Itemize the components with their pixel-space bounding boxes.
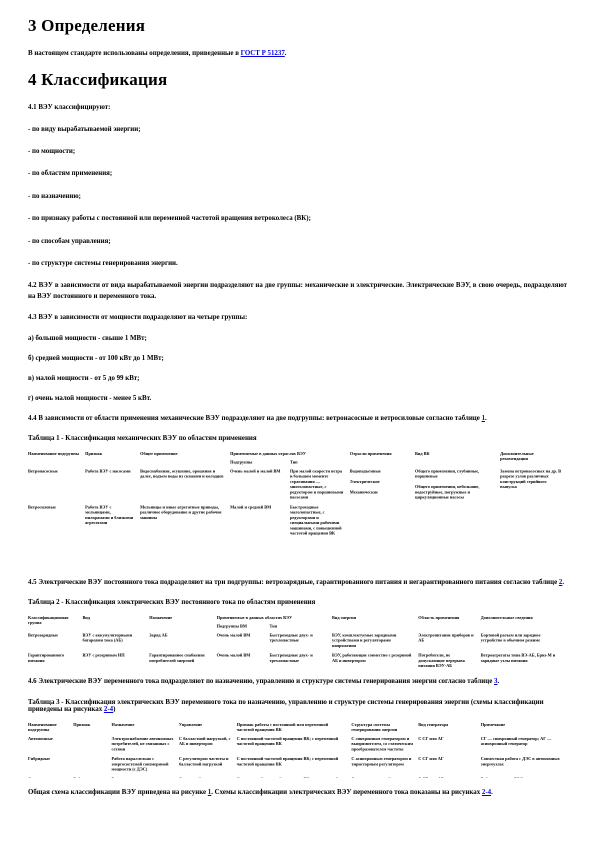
table-cell: ВЭУ с резервным ИП (82, 652, 149, 667)
text-segment: 4.5 Электрические ВЭУ постоянного тока п… (28, 579, 559, 586)
document-page: 3 Определения В настоящем стандарте испо… (0, 0, 595, 842)
table-header-cell: Вид ВК (415, 450, 500, 467)
table-header-cell: Признак работы с постоянной или переменн… (237, 721, 352, 735)
table-1-container: Наименование подгруппыПризнакОбщее приме… (28, 450, 567, 568)
table-cell: Электропитание приборов и АБ (418, 632, 481, 652)
table-cell (73, 755, 111, 775)
power-groups-list: а) большой мощности - свыше 1 МВт;б) сре… (28, 334, 567, 404)
table-cell: С постоянной частотой вращения ВК; с пер… (237, 775, 352, 778)
table-header-cell: Отрасли применения (350, 450, 415, 467)
table-header-cell: Наименование подгруппы (28, 721, 73, 735)
table-cell: Гарантированное снабжение потребителей э… (149, 652, 216, 667)
table-row: ГибридныеРабота параллельно с энергосист… (28, 755, 567, 775)
text-segment: 4.6 Электрические ВЭУ переменного тока п… (28, 678, 494, 685)
table-cell: Работа параллельно с энергосистемой соиз… (112, 755, 179, 775)
table-cell: СГ — синхронный генератор; АГ — асинхрон… (481, 735, 567, 755)
text-segment: Общая схема классификации ВЭУ приведена … (28, 789, 208, 796)
table-2-container: Классификационная группаВидНазначениеПри… (28, 614, 567, 667)
list-item: - по структуре системы генерирования эне… (28, 259, 567, 269)
table-cell: Работа ВЭУ с насосами (85, 468, 140, 504)
table-header-cell: Признак (85, 450, 140, 467)
table-cell: При малой скорости ветра и большом момен… (290, 468, 350, 504)
clause-4-3: 4.3 ВЭУ в зависимости от мощности подраз… (28, 313, 567, 323)
clause-4-4: 4.4 В зависимости от области применения … (28, 414, 567, 424)
table-cell: Быстроходные двух- и трехлопастные (269, 652, 332, 667)
table-header-cell: Назначение (149, 614, 216, 631)
text-segment: . (491, 789, 493, 796)
list-item: - по виду вырабатываемой энергии; (28, 125, 567, 135)
table-cell: Работающие параллельно с мощной сетью эн… (73, 775, 111, 778)
table-cell: ВЭУ, работающие совместно с резервной АБ… (332, 652, 418, 667)
text-segment: . (485, 415, 487, 422)
text-segment: . Схемы классификации электрических ВЭУ … (211, 789, 482, 796)
list-item: в) малой мощности - от 5 до 99 кВт; (28, 374, 567, 384)
table-row: ВетронасосныеРабота ВЭУ с насосамиВодосн… (28, 468, 567, 504)
table-cell: Быстроходные двух- и трехлопастные (269, 632, 332, 652)
table-row: ВетросиловыеРабота ВЭУ с мельницами, пил… (28, 504, 567, 540)
list-item: б) средней мощности - от 100 кВт до 1 МВ… (28, 354, 567, 364)
list-item: - по способам управления; (28, 237, 567, 247)
table-cell: С балластной нагрузкой, с АБ и инверторо… (179, 735, 237, 755)
section-3-intro-paragraph: В настоящем стандарте использованы опред… (28, 49, 567, 59)
table-cell: С асинхронным генератором и тиристорным … (351, 755, 418, 775)
clause-4-2: 4.2 ВЭУ в зависимости от вида вырабатыва… (28, 281, 567, 302)
table-cell: Водоснабжение, осушение, орошение и дале… (140, 468, 230, 504)
text-segment: . (562, 579, 564, 586)
table-cell: Гибридные (28, 755, 73, 775)
table-header-cell: Дополнительные сведения (481, 614, 567, 631)
table-cell: С регулятором частоты и балластной нагру… (179, 755, 237, 775)
clause-4-5: 4.5 Электрические ВЭУ постоянного тока п… (28, 578, 567, 588)
table-2-dc-veu: Классификационная группаВидНазначениеПри… (28, 614, 567, 667)
list-item: г) очень малой мощности - менее 5 кВт. (28, 394, 567, 404)
table-cell: Общего применения, глубинные, поршневые … (415, 468, 500, 504)
table-cell: С СГ или АГ (418, 735, 481, 755)
table-row: СетевыеРаботающие параллельно с мощной с… (28, 775, 567, 778)
table-cell: Мельницы и иные агрегатные приводы, разл… (140, 504, 230, 540)
table-header-cell: Вид (82, 614, 149, 631)
table-cell: Заряд АБ (149, 632, 216, 652)
table-cell: С постоянной частотой вращения ВК; с пер… (237, 755, 352, 775)
table-header-cell: Общее применение (140, 450, 230, 467)
table-cell: С непосредственной связью генератора с с… (351, 775, 418, 778)
list-item: а) большой мощности - свыше 1 МВт; (28, 334, 567, 344)
table-cell: ВЭУ с аккумуляторными батареями тока (АБ… (82, 632, 149, 652)
table-1-mechanical-veu: Наименование подгруппыПризнакОбщее приме… (28, 450, 567, 539)
table-cell: Замена ветронасосных на др. В разрезе уз… (500, 468, 567, 504)
text-segment: В настоящем стандарте использованы опред… (28, 50, 241, 57)
table-header-cell: Управление (179, 721, 237, 735)
table-cell (415, 504, 500, 540)
table-row: Наименование подгруппыПризнакОбщее приме… (28, 450, 567, 459)
table-cell (500, 504, 567, 540)
table-header-cell: Назначение (112, 721, 179, 735)
table-cell: Ветронасосные (28, 468, 85, 504)
table-cell: Потребители, не допускающие перерыва пит… (418, 652, 481, 667)
table-cell: Очень малой ВМ (217, 632, 270, 652)
table-3-container: Наименование подгруппыПризнакНазначениеУ… (28, 721, 567, 778)
table-header-cell: Область применения (418, 614, 481, 631)
table-cell: Работа ВЭУ с мельницами, пилорамами и бл… (85, 504, 140, 540)
table-cell: Малой и средней ВМ (230, 504, 290, 540)
table-header-cell: Структура системы генерирования энергии (351, 721, 418, 735)
text-segment: . (285, 50, 287, 57)
table-cell: Ветрозарядные (28, 632, 82, 652)
clause-4-6: 4.6 Электрические ВЭУ переменного тока п… (28, 677, 567, 687)
doc-reference-link[interactable]: 2-4 (482, 789, 491, 796)
clause-4-1: 4.1 ВЭУ классифицируют: (28, 103, 567, 113)
table-header-cell: Признак (73, 721, 111, 735)
table-cell: Гарантированного питания (28, 652, 82, 667)
table-header-cell: Примечание (481, 721, 567, 735)
table-cell: Сетевые (28, 775, 73, 778)
table-row: АвтономныеЭлектроснабжение автономных по… (28, 735, 567, 755)
table-header-cell: Вид генератора (418, 721, 481, 735)
list-item: - по областям применения; (28, 169, 567, 179)
table-header-cell: Вид энергии (332, 614, 418, 631)
table-cell: Бортовой разъем или зарядное устройство … (481, 632, 567, 652)
classification-criteria-list: - по виду вырабатываемой энергии;- по мо… (28, 125, 567, 270)
table-cell: Выдача энергии в энергосистему (112, 775, 179, 778)
table-header-cell: Тип (290, 459, 350, 468)
table-3-caption: Таблица 3 - Классификация электрических … (28, 699, 567, 713)
text-segment: . (497, 678, 499, 685)
table-header-cell: Применяемые в данных отраслях ВЭУ (230, 450, 350, 459)
table-row: ВетрозарядныеВЭУ с аккумуляторными батар… (28, 632, 567, 652)
list-item: - по признаку работы с постоянной или пе… (28, 214, 567, 224)
table-cell: Водоподъемные Электрические Механические (350, 468, 415, 504)
table-cell: С СГ или АГ (418, 775, 481, 778)
text-segment: ) (113, 706, 115, 713)
table-cell: С синхронным генератором и выпрямителем,… (351, 735, 418, 755)
table-cell (73, 735, 111, 755)
table-cell: С системой управления мощностью и частот… (179, 775, 237, 778)
table-cell (350, 504, 415, 540)
section-4-heading: 4 Классификация (28, 70, 567, 90)
list-item: - по назначению; (28, 192, 567, 202)
table-header-cell: Подгруппы (230, 459, 290, 468)
table-1-caption: Таблица 1 - Классификация механических В… (28, 435, 567, 442)
section-3-heading: 3 Определения (28, 16, 567, 36)
table-cell: С постоянной частотой вращения ВК; с пер… (237, 735, 352, 755)
table-cell: Электроснабжение автономных потребителей… (112, 735, 179, 755)
table-3-ac-veu: Наименование подгруппыПризнакНазначениеУ… (28, 721, 567, 778)
table-2-caption: Таблица 2 - Классификация электрических … (28, 599, 567, 606)
table-cell: Работа в составе ВЭС совместно с энергос… (481, 775, 567, 778)
table-cell: Совместная работа с ДЭС в автономных эне… (481, 755, 567, 775)
table-cell: Автономные (28, 735, 73, 755)
doc-reference-link[interactable]: 2-4 (104, 706, 113, 713)
table-row: Наименование подгруппыПризнакНазначениеУ… (28, 721, 567, 735)
table-cell: Быстроходные малолопастные, с редукторам… (290, 504, 350, 540)
table-header-cell: Наименование подгруппы (28, 450, 85, 467)
table-cell: ВЭУ, комплектуемые зарядными устройствам… (332, 632, 418, 652)
closing-paragraph: Общая схема классификации ВЭУ приведена … (28, 788, 567, 798)
table-cell: Очень малой и малой ВМ (230, 468, 290, 504)
list-item: - по мощности; (28, 147, 567, 157)
text-segment: 4.4 В зависимости от области применения … (28, 415, 482, 422)
table-header-cell: Классификационная группа (28, 614, 82, 631)
table-cell: С СГ или АГ (418, 755, 481, 775)
table-row: Гарантированного питанияВЭУ с резервным … (28, 652, 567, 667)
table-cell: Ветроагрегаты типа ВЭ-АБ, Бриз-М и заряд… (481, 652, 567, 667)
doc-reference-link[interactable]: ГОСТ Р 51237 (241, 50, 285, 57)
table-header-cell: Дополнительные рекомендации (500, 450, 567, 467)
table-cell: Ветросиловые (28, 504, 85, 540)
table-cell: Очень малой ВМ (217, 652, 270, 667)
